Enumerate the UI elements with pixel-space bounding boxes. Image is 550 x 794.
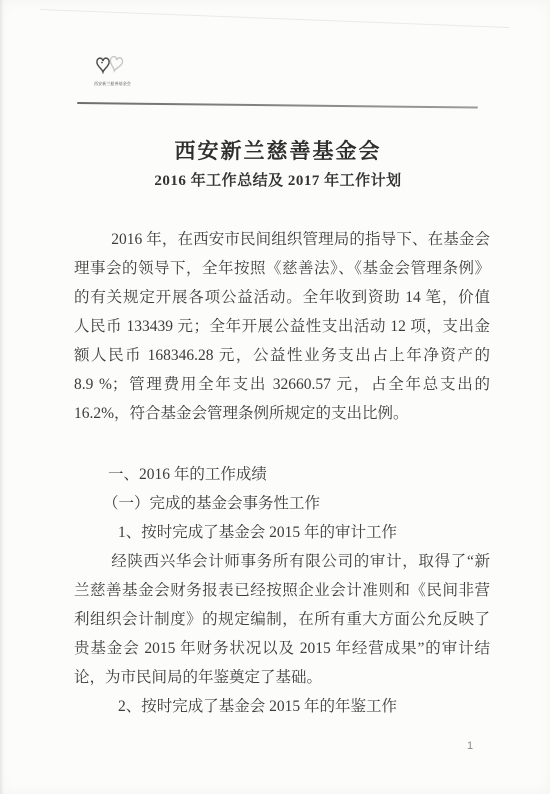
- logo-caption: 西安新兰慈善基金会: [94, 81, 130, 87]
- hearts-logo-icon: [94, 53, 130, 75]
- body-line: 2016 年，在西安市民间组织管理局的指导下、在基金会: [74, 225, 490, 254]
- body-line: 利组织会计制度》的规定编制，在所有重大方面公允反映了: [74, 605, 490, 634]
- section-heading-2: （一）完成的基金会事务性工作: [103, 489, 490, 518]
- section-heading-1: 一、2016 年的工作成绩: [108, 460, 490, 489]
- scan-artifact-line: [40, 9, 510, 28]
- body-line: 16.2%，符合基金会管理条例所规定的支出比例。: [74, 399, 490, 428]
- section-heading-3: 1、按时完成了基金会 2015 年的审计工作: [118, 518, 490, 547]
- section-heading-4: 2、按时完成了基金会 2015 年的年鉴工作: [118, 692, 490, 721]
- page-title: 西安新兰慈善基金会: [68, 135, 488, 165]
- page-number: 1: [467, 740, 473, 752]
- document-page: 西安新兰慈善基金会 西安新兰慈善基金会 2016 年工作总结及 2017 年工作…: [0, 0, 550, 794]
- body-line: 贵基金会 2015 年财务状况以及 2015 年经营成果”的审计结: [74, 634, 490, 663]
- body-line: 的有关规定开展各项公益活动。全年收到资助 14 笔，价值: [74, 283, 490, 312]
- body-line: 额人民币 168346.28 元，公益性业务支出占上年净资产的: [74, 341, 490, 370]
- body-line: 经陕西兴华会计师事务所有限公司的审计，取得了“新: [74, 547, 490, 576]
- body-line: 兰慈善基金会财务报表已经按照企业会计准则和《民间非营: [74, 576, 490, 605]
- body-line: 理事会的领导下，全年按照《慈善法》、《基金会管理条例》: [74, 254, 490, 283]
- body-line: 论，为市民间局的年鉴奠定了基础。: [74, 663, 490, 692]
- summary-paragraph: 2016 年，在西安市民间组织管理局的指导下、在基金会 理事会的领导下，全年按照…: [74, 225, 490, 428]
- page-subtitle: 2016 年工作总结及 2017 年工作计划: [68, 169, 488, 190]
- body-line: 8.9 %；管理费用全年支出 32660.57 元，占全年总支出的: [74, 370, 490, 399]
- section-block: 一、2016 年的工作成绩 （一）完成的基金会事务性工作 1、按时完成了基金会 …: [74, 460, 490, 721]
- org-logo: 西安新兰慈善基金会: [94, 53, 138, 88]
- header-rule: [77, 102, 478, 109]
- body-line: 人民币 133439 元；全年开展公益性支出活动 12 项，支出金: [74, 312, 490, 341]
